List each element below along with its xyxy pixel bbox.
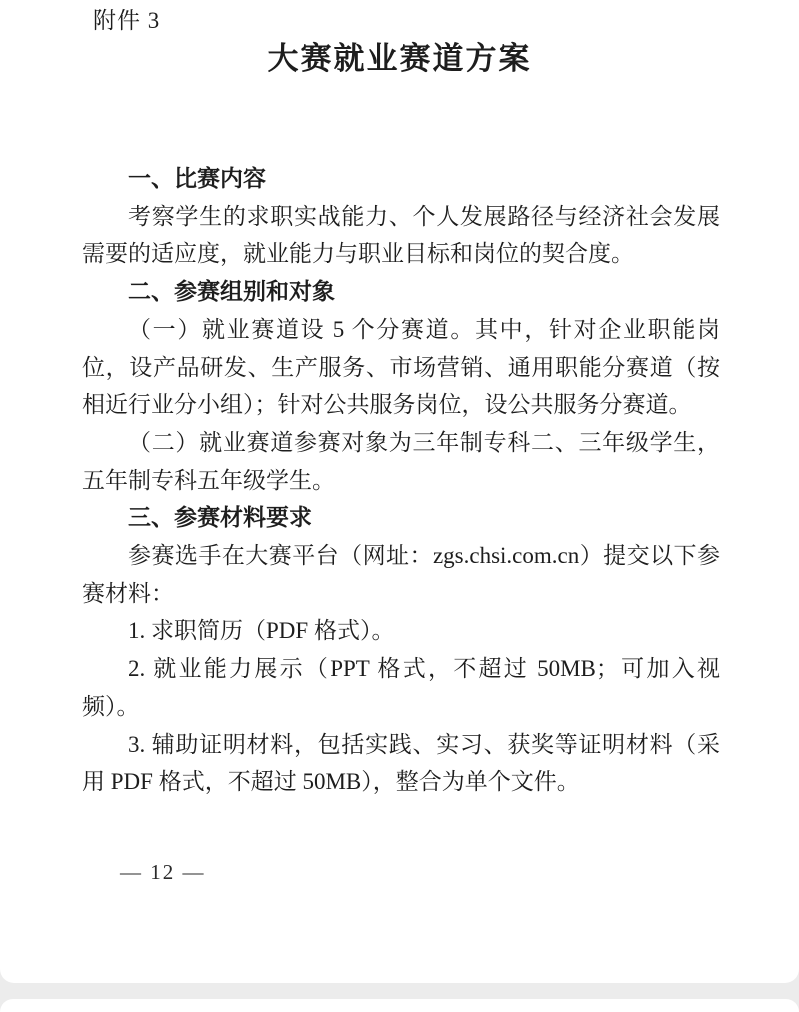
document-body: 一、比赛内容 考察学生的求职实战能力、个人发展路径与经济社会发展需要的适应度，就… [82, 160, 720, 801]
paragraph: 参赛选手在大赛平台（网址：zgs.chsi.com.cn）提交以下参赛材料： [82, 537, 720, 612]
section-heading-1: 一、比赛内容 [82, 160, 720, 198]
page-title: 大赛就业赛道方案 [0, 33, 799, 78]
next-page-edge [0, 999, 799, 1012]
paragraph: （二）就业赛道参赛对象为三年制专科二、三年级学生，五年制专科五年级学生。 [82, 424, 720, 499]
page-number: — 12 — [120, 860, 206, 885]
paragraph: 2. 就业能力展示（PPT 格式，不超过 50MB；可加入视频）。 [82, 650, 720, 725]
attachment-label: 附件 3 [93, 2, 160, 35]
paragraph: （一）就业赛道设 5 个分赛道。其中，针对企业职能岗位，设产品研发、生产服务、市… [82, 311, 720, 424]
document-page: 附件 3 大赛就业赛道方案 一、比赛内容 考察学生的求职实战能力、个人发展路径与… [0, 0, 799, 983]
paragraph: 考察学生的求职实战能力、个人发展路径与经济社会发展需要的适应度，就业能力与职业目… [82, 198, 720, 273]
paragraph: 3. 辅助证明材料，包括实践、实习、获奖等证明材料（采用 PDF 格式，不超过 … [82, 726, 720, 801]
paragraph: 1. 求职简历（PDF 格式）。 [82, 612, 720, 650]
section-heading-3: 三、参赛材料要求 [82, 499, 720, 537]
section-heading-2: 二、参赛组别和对象 [82, 273, 720, 311]
